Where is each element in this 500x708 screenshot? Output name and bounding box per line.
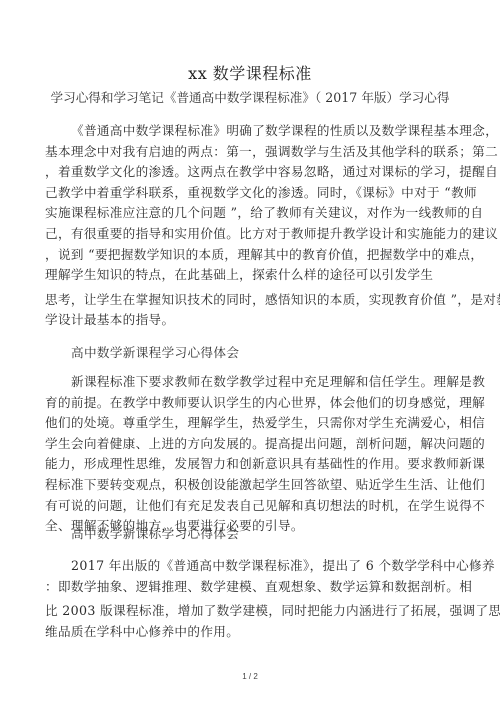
paragraph-line: 基本理念中对我有启迪的两点：第一，强调数学与生活及其他学科的联系；第二: [45, 142, 445, 163]
paragraph-line: 有可说的问题，让他们有充足发表自己见解和真切想法的时机，在学生说得不: [45, 496, 445, 517]
paragraph-line: 学生会向着健康、上进的方向发展的。提高提出问题，剖析问题，解决问题的: [45, 434, 445, 455]
paragraph-line: 维品质在学科中心修养中的作用。: [45, 622, 445, 643]
paragraph-line: 实施课程标准应注意的几个问题 ”，给了教师有关建议，对作为一线教师的自: [45, 203, 445, 224]
paragraph-line: 己，有很重要的指导和实用价值。比方对于教师提升教学设计和实施能力的建议: [45, 224, 445, 245]
paragraph-line: 能力，形成理性思维，发展智力和创新意识具有基础性的作用。要求教师新课: [45, 454, 445, 475]
paragraph-line: 理解学生知识的特点，在此基础上，探索什么样的途径可以引发学生: [45, 265, 445, 286]
paragraph-line: 程标准下要转变观点，积极创设能激起学生回答欲望、贴近学生生活、让他们: [45, 475, 445, 496]
paragraph-line: ，说到 “要把握数学知识的本质，理解其中的教育价值，把握数学中的难点，: [45, 245, 445, 266]
paragraph-line: 他们的处境。尊重学生，理解学生，热爱学生，只需你对学生充满爱心，相信: [45, 413, 445, 434]
document-subtitle: 学习心得和学习笔记《普通高中数学课程标准》（ 2017 年版）学习心得: [0, 89, 500, 107]
paragraph-1: 《普通高中数学课程标准》明确了数学课程的性质以及数学课程基本理念， 基本理念中对…: [45, 121, 445, 331]
section-heading-2: 高中数学新课标学习心得体会: [71, 524, 239, 544]
document-title: xx 数学课程标准: [0, 64, 500, 84]
paragraph-line: 《普通高中数学课程标准》明确了数学课程的性质以及数学课程基本理念，: [45, 121, 445, 142]
paragraph-2: 新课程标准下要求教师在数学教学过程中充足理解和信任学生。理解是教 育的前提。在教…: [45, 372, 445, 537]
paragraph-line: 学设计最基本的指导。: [45, 310, 445, 331]
page-number: 1 / 2: [0, 672, 500, 681]
paragraph-line: 2017 年出版的《普通高中数学课程标准》，提出了 6 个数学学科中心修养: [45, 556, 445, 577]
document-page: xx 数学课程标准 学习心得和学习笔记《普通高中数学课程标准》（ 2017 年版…: [0, 0, 500, 708]
paragraph-line: 比 2003 版课程标准，增加了数学建模，同时把能力内涵进行了拓展，强调了思: [45, 601, 445, 622]
paragraph-line: 新课程标准下要求教师在数学教学过程中充足理解和信任学生。理解是教: [45, 372, 445, 393]
paragraph-line: ：即数学抽象、逻辑推理、数学建模、直观想象、数学运算和数据剖析。相: [45, 577, 445, 598]
paragraph-line: 育的前提。在教学中教师要认识学生的内心世界，体会他们的切身感觉，理解: [45, 393, 445, 414]
paragraph-3: 2017 年出版的《普通高中数学课程标准》，提出了 6 个数学学科中心修养 ：即…: [45, 556, 445, 642]
paragraph-line: 己教学中着重学科联系，重视数学文化的渗透。同时，《课标》中对于 “教师: [45, 183, 445, 204]
paragraph-line: ，着重数学文化的渗透。这两点在教学中容易忽略，通过对课标的学习，提醒自: [45, 162, 445, 183]
paragraph-line: 思考，让学生在掌握知识技术的同时，感悟知识的本质，实现教育价值 ”，是对教: [45, 290, 445, 311]
section-heading-1: 高中数学新课程学习心得体会: [71, 343, 239, 363]
